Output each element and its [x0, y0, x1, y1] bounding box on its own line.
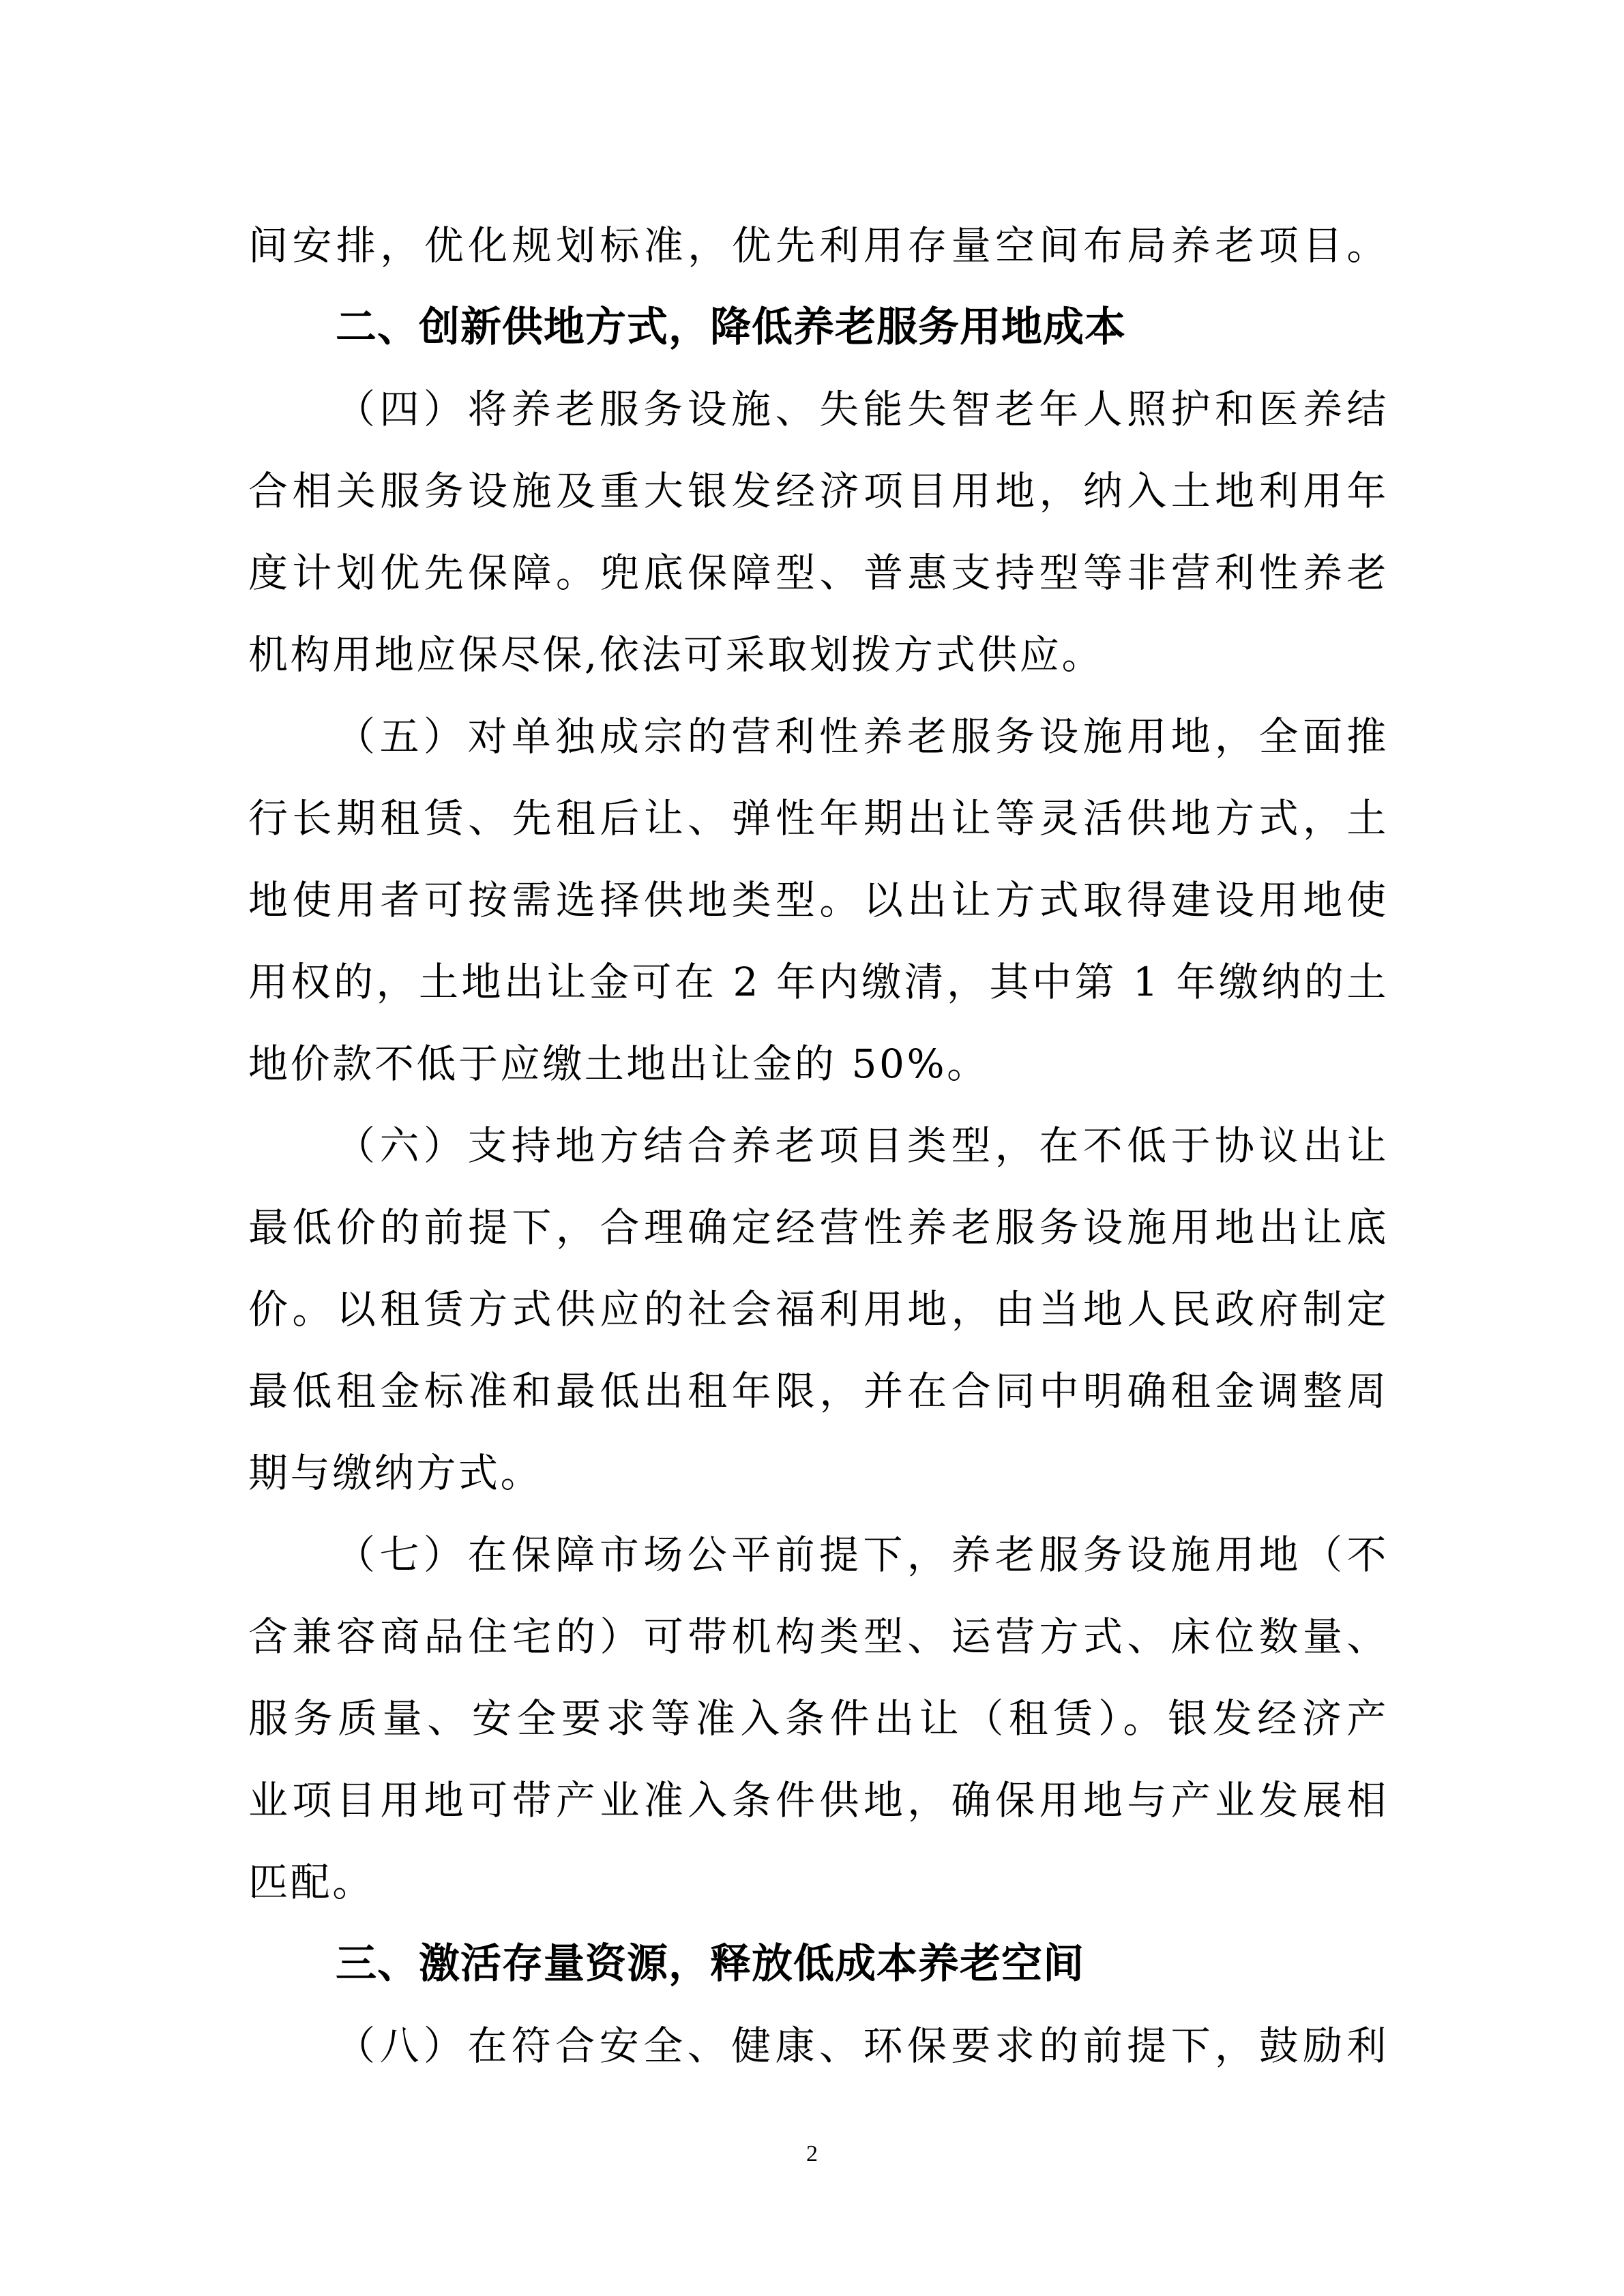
paragraph-line: 地价款不低于应缴土地出让金的 50%。	[248, 1023, 1389, 1105]
paragraph-line: （七）在保障市场公平前提下，养老服务设施用地（不	[248, 1514, 1389, 1596]
paragraph-line: 业项目用地可带产业准入条件供地，确保用地与产业发展相	[248, 1759, 1389, 1841]
paragraph-line: 价。以租赁方式供应的社会福利用地，由当地人民政府制定	[248, 1268, 1389, 1350]
paragraph-item-4: （四）将养老服务设施、失能失智老年人照护和医养结 合相关服务设施及重大银发经济项…	[248, 368, 1389, 696]
paragraph-line: （六）支持地方结合养老项目类型，在不低于协议出让	[248, 1105, 1389, 1187]
paragraph-item-6: （六）支持地方结合养老项目类型，在不低于协议出让 最低价的前提下，合理确定经营性…	[248, 1105, 1389, 1514]
paragraph-line: 机构用地应保尽保,依法可采取划拨方式供应。	[248, 614, 1389, 696]
document-body: 间安排，优化规划标准，优先利用存量空间布局养老项目。 二、创新供地方式，降低养老…	[248, 205, 1389, 2087]
paragraph-line: （五）对单独成宗的营利性养老服务设施用地，全面推	[248, 696, 1389, 777]
paragraph-line: 度计划优先保障。兜底保障型、普惠支持型等非营利性养老	[248, 532, 1389, 614]
paragraph-line: 行长期租赁、先租后让、弹性年期出让等灵活供地方式，土	[248, 777, 1389, 859]
paragraph-line: 服务质量、安全要求等准入条件出让（租赁）。银发经济产	[248, 1678, 1389, 1759]
paragraph-line: 地使用者可按需选择供地类型。以出让方式取得建设用地使	[248, 859, 1389, 941]
paragraph-line: 期与缴纳方式。	[248, 1432, 1389, 1514]
page-number: 2	[0, 2141, 1624, 2167]
paragraph-item-7: （七）在保障市场公平前提下，养老服务设施用地（不 含兼容商品住宅的）可带机构类型…	[248, 1514, 1389, 1923]
paragraph-item-5: （五）对单独成宗的营利性养老服务设施用地，全面推 行长期租赁、先租后让、弹性年期…	[248, 696, 1389, 1105]
paragraph-line: （八）在符合安全、健康、环保要求的前提下，鼓励利	[248, 2005, 1389, 2087]
paragraph-item-8: （八）在符合安全、健康、环保要求的前提下，鼓励利	[248, 2005, 1389, 2087]
paragraph-line: 最低租金标准和最低出租年限，并在合同中明确租金调整周	[248, 1350, 1389, 1432]
paragraph-line: 含兼容商品住宅的）可带机构类型、运营方式、床位数量、	[248, 1596, 1389, 1678]
section-heading-2: 二、创新供地方式，降低养老服务用地成本	[248, 286, 1389, 368]
document-page: 间安排，优化规划标准，优先利用存量空间布局养老项目。 二、创新供地方式，降低养老…	[0, 0, 1624, 2296]
paragraph-line: （四）将养老服务设施、失能失智老年人照护和医养结	[248, 368, 1389, 450]
paragraph-line: 匹配。	[248, 1841, 1389, 1923]
section-heading-3: 三、激活存量资源，释放低成本养老空间	[248, 1923, 1389, 2005]
paragraph-line: 合相关服务设施及重大银发经济项目用地，纳入土地利用年	[248, 450, 1389, 532]
paragraph-line: 用权的，土地出让金可在 2 年内缴清，其中第 1 年缴纳的土	[248, 941, 1389, 1023]
paragraph-line: 最低价的前提下，合理确定经营性养老服务设施用地出让底	[248, 1187, 1389, 1268]
paragraph-continuation-line: 间安排，优化规划标准，优先利用存量空间布局养老项目。	[248, 205, 1389, 286]
